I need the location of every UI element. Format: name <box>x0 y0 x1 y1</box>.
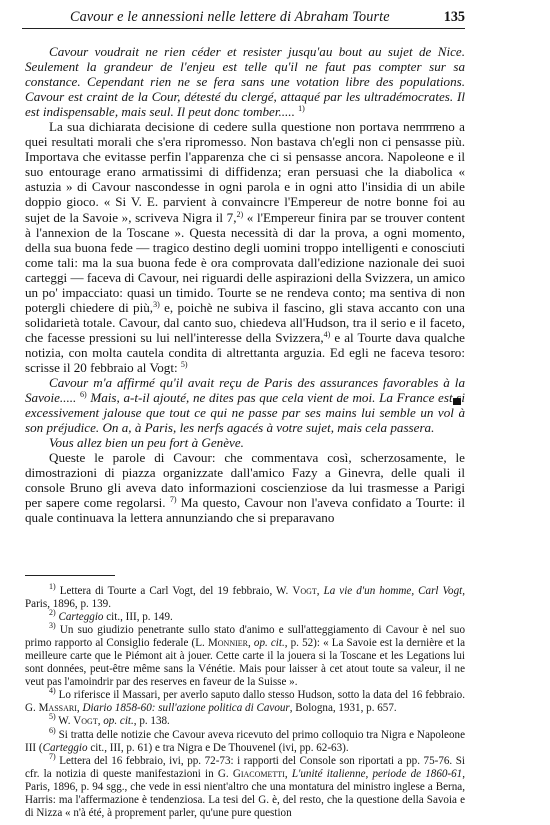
footnote-text: cit., III, p. 149. <box>103 611 172 623</box>
work-title: La vie d'un homme, Carl Vogt <box>324 585 463 597</box>
footnote-separator <box>25 575 115 576</box>
author-name: Massari <box>39 702 77 714</box>
footnote-ref-6: 6) <box>80 390 87 399</box>
quote-text: Mais, a-t-il ajouté, ne dites pas que ce… <box>25 390 465 435</box>
footnote-number: 4) <box>49 686 56 695</box>
footnote-ref-5: 5) <box>181 360 188 369</box>
work-title: op. cit. <box>103 715 134 727</box>
footnote-text: Lettera di Tourte a Carl Vogt, del 19 fe… <box>56 585 293 597</box>
footnote-number: 5) <box>49 712 56 721</box>
author-name: Monnier <box>208 637 248 649</box>
work-title: Diario 1858-60: sull'azione politica di … <box>82 702 289 714</box>
paragraph-parole: Queste le parole di Cavour: che commenta… <box>25 450 465 525</box>
block-quote-cavour-savoie: Cavour m'a affirmé qu'il avait reçu de P… <box>25 375 465 435</box>
block-quote-cavour-nice: Cavour voudrait ne rien céder et resiste… <box>25 44 465 119</box>
book-page: Cavour e le annessioni nelle lettere di … <box>0 0 550 825</box>
footnote-2: 2) Carteggio cit., III, p. 149. <box>25 611 465 624</box>
footnote-3: 3) Un suo giudizio penetrante sullo stat… <box>25 624 465 689</box>
work-title: op. cit. <box>254 637 285 649</box>
paragraph-decisione: La sua dichiarata decisione di cedere su… <box>25 119 465 375</box>
footnote-text: , p. 138. <box>134 715 170 727</box>
footnote-number: 6) <box>49 726 56 735</box>
footnote-1: 1) Lettera di Tourte a Carl Vogt, del 19… <box>25 585 465 611</box>
footnote-number: 3) <box>49 621 56 630</box>
footnote-number: 2) <box>49 608 56 617</box>
work-title: L'unité italienne, periode de 1860-61 <box>292 768 462 780</box>
running-title: Cavour e le annessioni nelle lettere di … <box>70 9 390 26</box>
footnote-text: W. <box>56 715 74 727</box>
footnote-text: cit., III, p. 61) e tra Nigra e De Thouv… <box>88 742 349 754</box>
footnote-4: 4) Lo riferisce il Massari, per averlo s… <box>25 689 465 715</box>
footnote-5: 5) W. Vogt, op. cit., p. 138. <box>25 715 465 728</box>
running-header: Cavour e le annessioni nelle lettere di … <box>22 6 465 29</box>
footnotes: 1) Lettera di Tourte a Carl Vogt, del 19… <box>25 585 465 820</box>
quote-text: Cavour voudrait ne rien céder et resiste… <box>25 44 465 119</box>
scan-artifact-dash <box>420 125 438 126</box>
footnote-ref-3: 3) <box>153 300 160 309</box>
main-text: Cavour voudrait ne rien céder et resiste… <box>25 44 465 526</box>
block-quote-geneve: Vous allez bien un peu fort à Genève. <box>25 435 465 450</box>
footnote-ref-7: 7) <box>170 495 177 504</box>
page-number: 135 <box>444 9 465 26</box>
footnote-6: 6) Si tratta delle notizie che Cavour av… <box>25 729 465 755</box>
footnote-number: 7) <box>49 752 56 761</box>
footnote-text: , <box>317 585 324 597</box>
author-name: Giacometti <box>233 768 285 780</box>
footnote-text: , Bologna, 1931, p. 657. <box>290 702 397 714</box>
footnote-ref-1: 1) <box>298 104 305 113</box>
author-name: Vogt <box>73 715 97 727</box>
footnote-7: 7) Lettera del 16 febbraio, ivi, pp. 72-… <box>25 755 465 820</box>
author-name: Vogt <box>292 585 316 597</box>
scan-artifact-mark <box>453 398 461 405</box>
footnote-number: 1) <box>49 582 56 591</box>
work-title: Carteggio <box>58 611 103 623</box>
footnote-text: , <box>285 768 292 780</box>
